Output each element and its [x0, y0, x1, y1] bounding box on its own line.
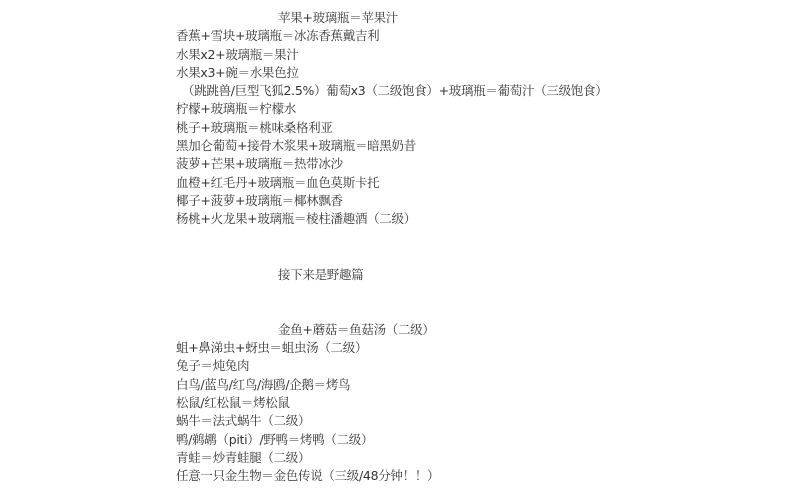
recipe-document: 苹果+玻璃瓶＝苹果汁 香蕉+雪块+玻璃瓶＝冰冻香蕉戴吉利 水果x2+玻璃瓶＝果汁… — [176, 9, 776, 486]
recipe-line: 松鼠/红松鼠＝烤松鼠 — [176, 394, 776, 412]
section-heading: 接下来是野趣篇 — [176, 266, 776, 284]
recipe-line: （跳跳兽/巨型飞狐2.5%）葡萄x3（二级饱食）+玻璃瓶＝葡萄汁（三级饱食） — [176, 82, 776, 100]
recipe-line: 鸭/鹈鹕（piti）/野鸭＝烤鸭（二级） — [176, 431, 776, 449]
recipe-line: 黑加仑葡萄+接骨木浆果+玻璃瓶＝暗黑奶昔 — [176, 137, 776, 155]
recipe-line: 椰子+菠萝+玻璃瓶＝椰林飘香 — [176, 192, 776, 210]
recipe-line: 青蛙＝炒青蛙腿（二级） — [176, 449, 776, 467]
recipe-line: 杨桃+火龙果+玻璃瓶＝棱柱潘趣酒（二级） — [176, 210, 776, 228]
spacer — [176, 284, 776, 321]
recipe-line: 桃子+玻璃瓶＝桃味桑格利亚 — [176, 119, 776, 137]
recipe-line: 蜗牛＝法式蜗牛（二级） — [176, 412, 776, 430]
recipe-line: 水果x2+玻璃瓶＝果汁 — [176, 46, 776, 64]
recipe-line: 柠檬+玻璃瓶＝柠檬水 — [176, 100, 776, 118]
recipe-line: 苹果+玻璃瓶＝苹果汁 — [176, 9, 776, 27]
recipe-line: 任意一只金生物＝金色传说（三级/48分钟！！） — [176, 467, 776, 485]
recipe-line: 蛆+鼻涕虫+蚜虫＝蛆虫汤（二级） — [176, 339, 776, 357]
recipe-line: 兔子＝炖兔肉 — [176, 357, 776, 375]
recipe-line: 金鱼+蘑菇＝鱼菇汤（二级） — [176, 321, 776, 339]
spacer — [176, 229, 776, 266]
recipe-line: 血橙+红毛丹+玻璃瓶＝血色莫斯卡托 — [176, 174, 776, 192]
recipe-line: 香蕉+雪块+玻璃瓶＝冰冻香蕉戴吉利 — [176, 27, 776, 45]
recipe-line: 水果x3+碗＝水果色拉 — [176, 64, 776, 82]
recipe-line: 白鸟/蓝鸟/红鸟/海鸥/企鹅＝烤鸟 — [176, 376, 776, 394]
recipe-line: 菠萝+芒果+玻璃瓶＝热带冰沙 — [176, 155, 776, 173]
